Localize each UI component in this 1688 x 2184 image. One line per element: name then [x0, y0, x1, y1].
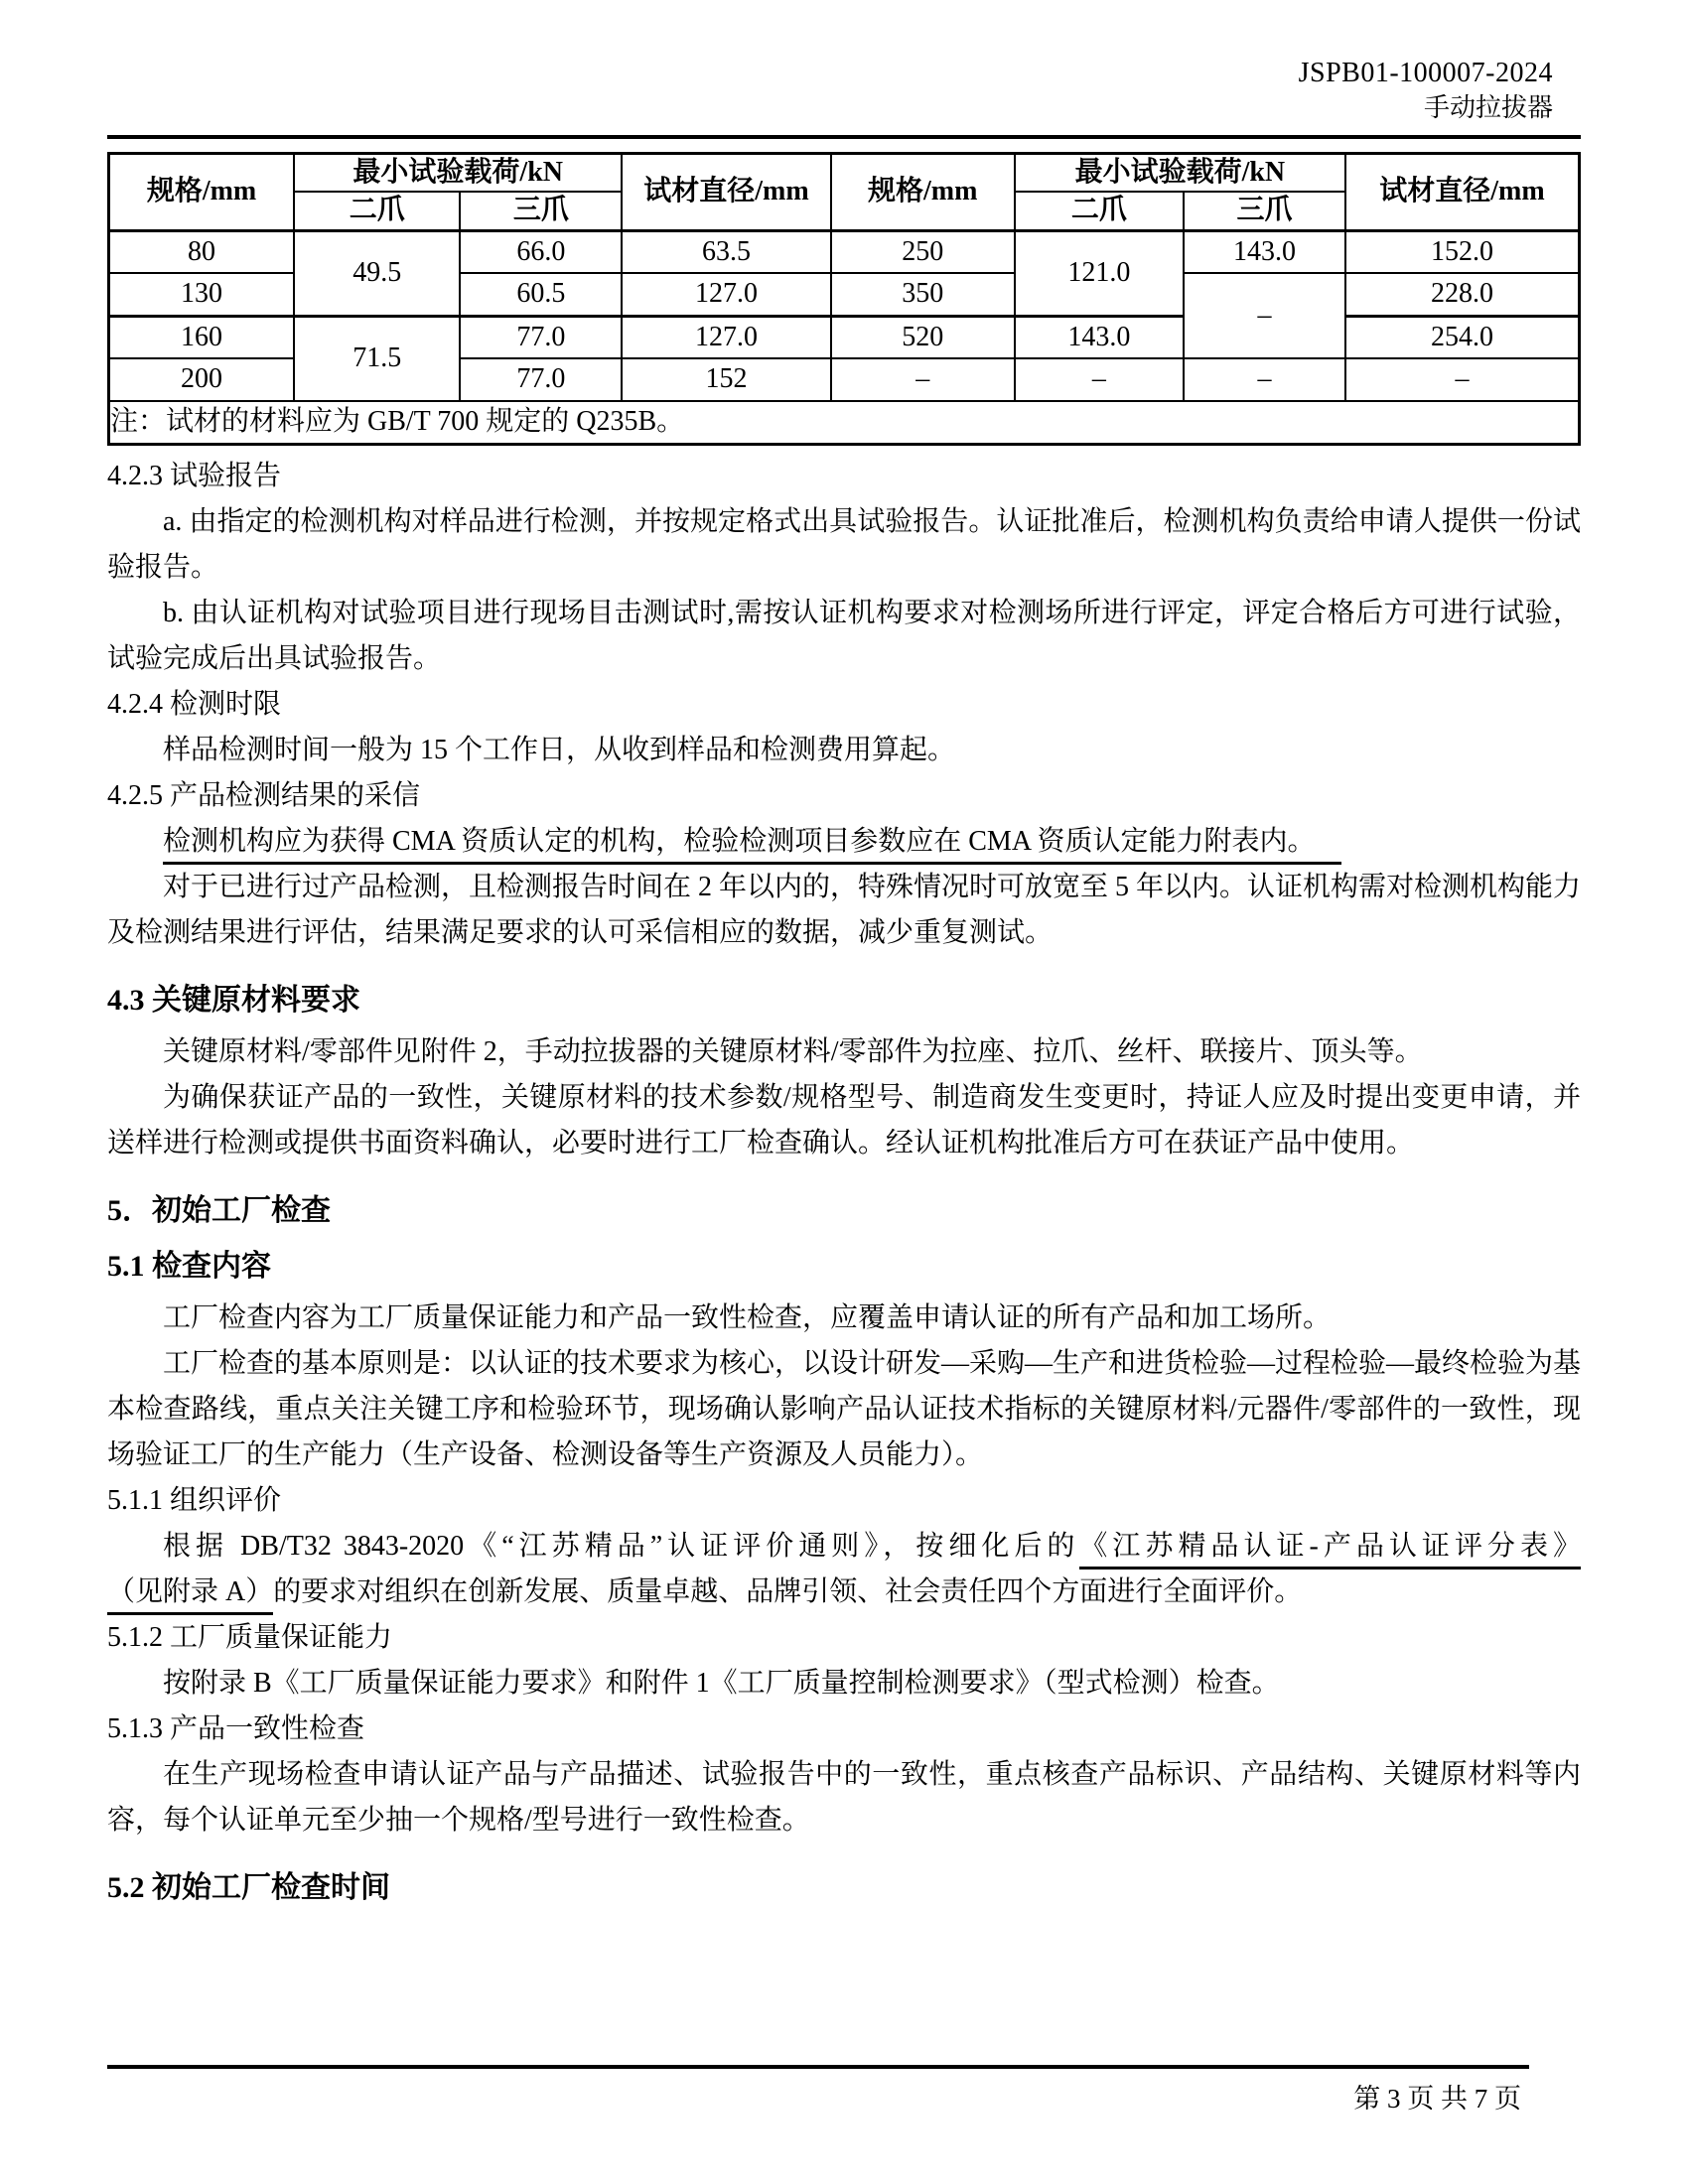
three-claw-cell: 60.5	[460, 273, 622, 316]
diameter-cell: 254.0	[1345, 316, 1580, 358]
two-claw-cell: –	[1015, 358, 1184, 401]
two-claw-header-left: 二爪	[294, 192, 460, 230]
section-heading-4-2-4: 4.2.4 检测时限	[107, 682, 1581, 728]
three-claw-cell: 77.0	[460, 316, 622, 358]
two-claw-header-right: 二爪	[1015, 192, 1184, 230]
diameter-cell: 152.0	[1345, 230, 1580, 273]
three-claw-cell: –	[1184, 273, 1345, 358]
paragraph: 按附录 B《工厂质量保证能力要求》和附件 1《工厂质量控制检测要求》（型式检测）…	[107, 1661, 1581, 1706]
page-number: 第 3 页 共 7 页	[1353, 2077, 1521, 2116]
spec-cell: 80	[109, 230, 295, 273]
spec-cell: 160	[109, 316, 295, 358]
diameter-cell: 63.5	[622, 230, 830, 273]
document-page: JSPB01-100007-2024 手动拉拔器 规格/mm 最小试验载荷/kN…	[0, 0, 1688, 2184]
three-claw-cell: 66.0	[460, 230, 622, 273]
document-body: 4.2.3 试验报告 a. 由指定的检测机构对样品进行检测，并按规定格式出具试验…	[107, 454, 1581, 1911]
three-claw-cell: 77.0	[460, 358, 622, 401]
section-heading-5-1: 5.1 检查内容	[107, 1244, 1581, 1290]
spec-cell: 520	[831, 316, 1015, 358]
diameter-cell: 127.0	[622, 316, 830, 358]
section-heading-5-1-3: 5.1.3 产品一致性检查	[107, 1706, 1581, 1752]
diameter-cell: 152	[622, 358, 830, 401]
page-content: JSPB01-100007-2024 手动拉拔器 规格/mm 最小试验载荷/kN…	[107, 56, 1581, 1917]
paragraph: 对于已进行过产品检测，且检测报告时间在 2 年以内的，特殊情况时可放宽至 5 年…	[107, 865, 1581, 956]
spec-cell: 350	[831, 273, 1015, 316]
table-note: 注：试材的材料应为 GB/T 700 规定的 Q235B。	[109, 401, 1580, 444]
three-claw-header-right: 三爪	[1184, 192, 1345, 230]
two-claw-cell: 121.0	[1015, 230, 1184, 316]
section-heading-4-2-5: 4.2.5 产品检测结果的采信	[107, 773, 1581, 819]
two-claw-cell: 71.5	[294, 316, 460, 401]
three-claw-header-left: 三爪	[460, 192, 622, 230]
header-rule	[107, 135, 1581, 139]
three-claw-cell: 143.0	[1184, 230, 1345, 273]
text-run: 根据 DB/T32 3843-2020《“江苏精品”认证评价通则》，按细化后的	[163, 1531, 1079, 1562]
section-heading-5: 5．初始工厂检查	[107, 1188, 1581, 1234]
doc-subtitle: 手动拉拔器	[107, 92, 1553, 125]
two-claw-cell: 49.5	[294, 230, 460, 316]
diameter-header-left: 试材直径/mm	[622, 153, 830, 230]
spec-header-left: 规格/mm	[109, 153, 295, 230]
spec-header-right: 规格/mm	[831, 153, 1015, 230]
diameter-cell: 228.0	[1345, 273, 1580, 316]
table-row: 80 49.5 66.0 63.5 250 121.0 143.0 152.0	[109, 230, 1580, 273]
paragraph: 为确保获证产品的一致性，关键原材料的技术参数/规格型号、制造商发生变更时，持证人…	[107, 1075, 1581, 1166]
paragraph-underlined: 检测机构应为获得 CMA 资质认定的机构，检验检测项目参数应在 CMA 资质认定…	[107, 819, 1581, 865]
section-heading-4-2-3: 4.2.3 试验报告	[107, 454, 1581, 499]
paragraph: b. 由认证机构对试验项目进行现场目击测试时,需按认证机构要求对检测场所进行评定…	[107, 591, 1581, 682]
section-heading-5-2: 5.2 初始工厂检查时间	[107, 1865, 1581, 1911]
min-load-header-right: 最小试验载荷/kN	[1015, 153, 1345, 192]
section-heading-5-1-1: 5.1.1 组织评价	[107, 1478, 1581, 1524]
paragraph: 关键原材料/零部件见附件 2，手动拉拔器的关键原材料/零部件为拉座、拉爪、丝杆、…	[107, 1029, 1581, 1075]
diameter-cell: –	[1345, 358, 1580, 401]
two-claw-cell: 143.0	[1015, 316, 1184, 358]
table-row: 160 71.5 77.0 127.0 520 143.0 254.0	[109, 316, 1580, 358]
document-header: JSPB01-100007-2024 手动拉拔器	[107, 56, 1581, 125]
three-claw-cell: –	[1184, 358, 1345, 401]
paragraph-with-underline: 根据 DB/T32 3843-2020《“江苏精品”认证评价通则》，按细化后的《…	[107, 1524, 1581, 1615]
underlined-text: 检测机构应为获得 CMA 资质认定的机构，检验检测项目参数应在 CMA 资质认定…	[163, 826, 1341, 865]
text-run: 的要求对组织在创新发展、质量卓越、品牌引领、社会责任四个方面进行全面评价。	[273, 1576, 1302, 1607]
spec-cell: 130	[109, 273, 295, 316]
spec-table: 规格/mm 最小试验载荷/kN 试材直径/mm 规格/mm 最小试验载荷/kN …	[107, 152, 1581, 446]
paragraph-line: 根据 DB/T32 3843-2020《“江苏精品”认证评价通则》，按细化后的《…	[107, 1524, 1581, 1570]
diameter-header-right: 试材直径/mm	[1345, 153, 1580, 230]
paragraph-line: （见附录 A）的要求对组织在创新发展、质量卓越、品牌引领、社会责任四个方面进行全…	[107, 1570, 1581, 1615]
section-heading-4-3: 4.3 关键原材料要求	[107, 978, 1581, 1024]
underlined-text: （见附录 A）	[107, 1576, 273, 1615]
paragraph: 工厂检查的基本原则是：以认证的技术要求为核心，以设计研发—采购—生产和进货检验—…	[107, 1341, 1581, 1478]
spec-cell: 200	[109, 358, 295, 401]
doc-number: JSPB01-100007-2024	[107, 56, 1553, 90]
paragraph: 在生产现场检查申请认证产品与产品描述、试验报告中的一致性，重点核查产品标识、产品…	[107, 1752, 1581, 1843]
diameter-cell: 127.0	[622, 273, 830, 316]
spec-cell: 250	[831, 230, 1015, 273]
min-load-header-left: 最小试验载荷/kN	[294, 153, 622, 192]
paragraph: 工厂检查内容为工厂质量保证能力和产品一致性检查，应覆盖申请认证的所有产品和加工场…	[107, 1296, 1581, 1341]
table-note-row: 注：试材的材料应为 GB/T 700 规定的 Q235B。	[109, 401, 1580, 444]
underlined-text: 《江苏精品认证-产品认证评分表》	[1079, 1531, 1581, 1570]
section-heading-5-1-2: 5.1.2 工厂质量保证能力	[107, 1615, 1581, 1661]
paragraph: 样品检测时间一般为 15 个工作日，从收到样品和检测费用算起。	[107, 728, 1581, 773]
paragraph: a. 由指定的检测机构对样品进行检测，并按规定格式出具试验报告。认证批准后，检测…	[107, 499, 1581, 591]
footer-rule	[107, 2065, 1529, 2069]
spec-cell: –	[831, 358, 1015, 401]
